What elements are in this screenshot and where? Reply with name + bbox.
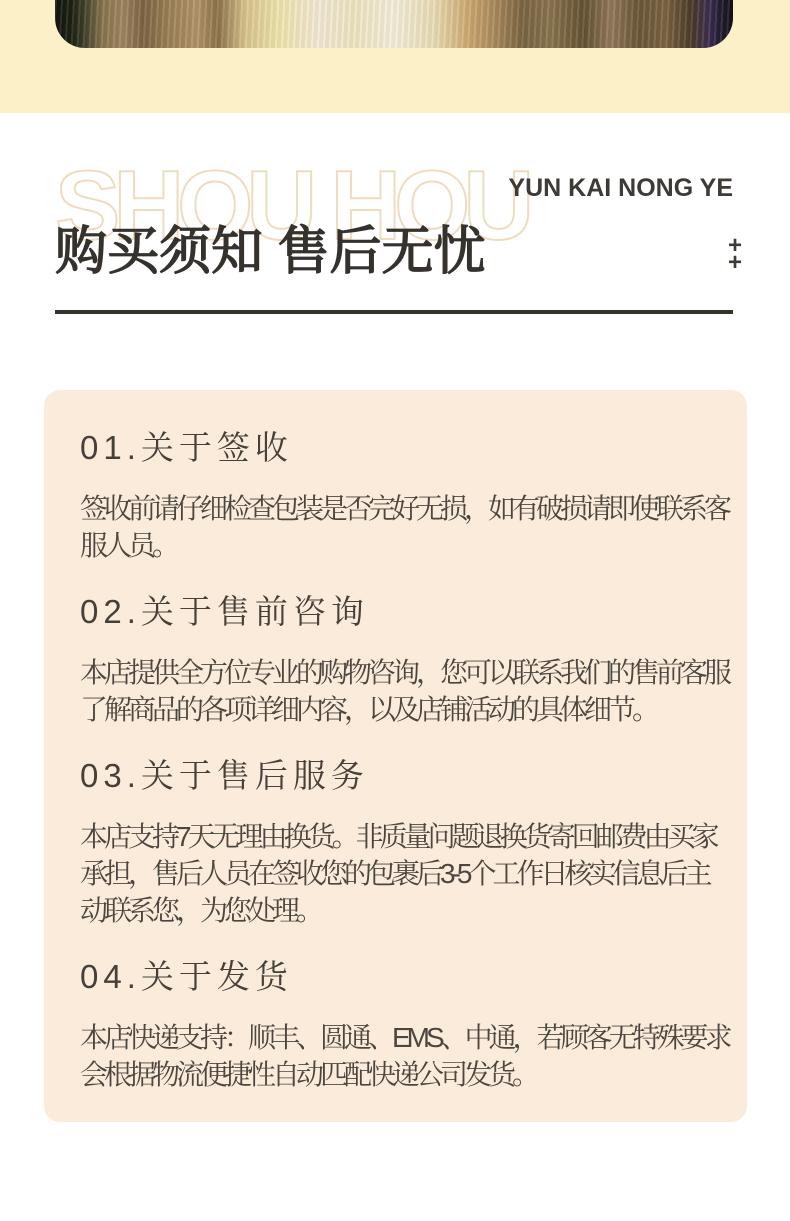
plus-icon: + [728,254,742,271]
section-heading: 02.关于售前咨询 [80,594,729,630]
notice-section-aftersale: 03.关于售后服务 本店支持7天无理由换货。非质量问题退换货寄回邮费由买家 承担… [80,758,729,929]
section-heading: 01.关于签收 [80,430,729,466]
brand-name: YUN KAI NONG YE [508,174,733,203]
section-heading: 03.关于售后服务 [80,758,729,794]
plus-decoration: + + [728,237,742,271]
notice-section-shipping: 04.关于发货 本店快递支持：顺丰、圆通、EMS、中通，若顾客无特殊要求 会根据… [80,959,729,1093]
title-underline [55,310,733,314]
corn-husk-photo [55,0,733,48]
notice-card: 01.关于签收 签收前请仔细检查包装是否完好无损，如有破损请即使联系客 服人员。… [44,390,747,1122]
section-body: 本店快递支持：顺丰、圆通、EMS、中通，若顾客无特殊要求 会根据物流便捷性自动匹… [80,1019,729,1093]
notice-section-presale: 02.关于售前咨询 本店提供全方位专业的购物咨询，您可以联系我们的售前客服 了解… [80,594,729,728]
section-heading: 04.关于发货 [80,959,729,995]
section-body: 签收前请仔细检查包装是否完好无损，如有破损请即使联系客 服人员。 [80,490,729,564]
section-body: 本店提供全方位专业的购物咨询，您可以联系我们的售前客服 了解商品的各项详细内容，… [80,654,729,728]
notice-section-receipt: 01.关于签收 签收前请仔细检查包装是否完好无损，如有破损请即使联系客 服人员。 [80,430,729,564]
section-body: 本店支持7天无理由换货。非质量问题退换货寄回邮费由买家 承担，售后人员在签收您的… [80,818,729,929]
page-title: 购买须知 售后无忧 [55,222,485,282]
promo-page: { "colors": { "cream_band": "#FCF0C8", "… [0,0,790,1221]
